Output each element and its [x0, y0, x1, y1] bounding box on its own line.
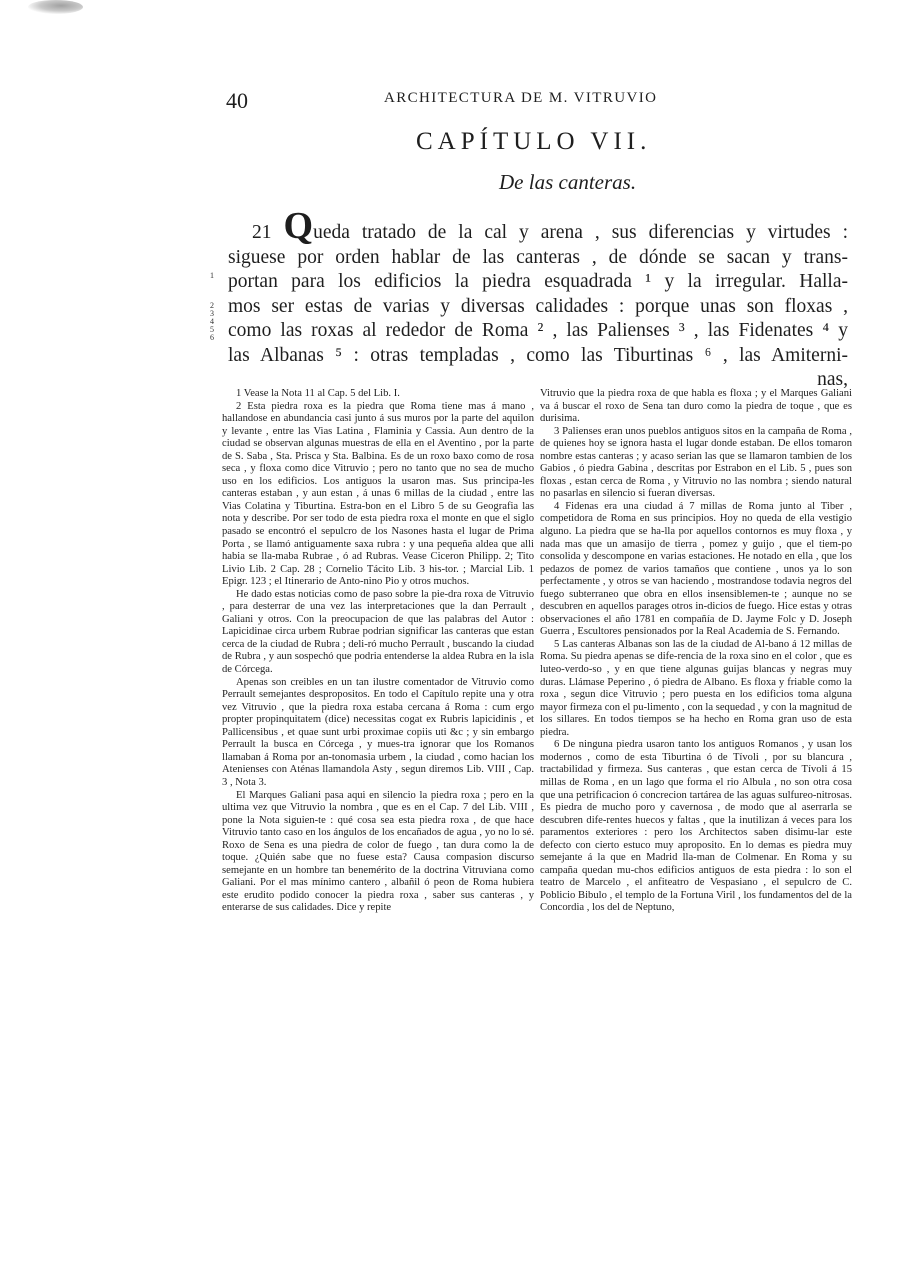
footnote: 1 Vease la Nota 11 al Cap. 5 del Lib. I. — [222, 388, 534, 401]
main-text-line: portan para los edificios la piedra esqu… — [228, 270, 848, 295]
main-text-line: las Albanas ⁵ : otras templadas , como l… — [228, 344, 848, 369]
main-text-line: mos ser estas de varias y diversas calid… — [228, 295, 848, 320]
footnote: 6 De ninguna piedra usaron tanto los ant… — [540, 739, 852, 915]
footnote: El Marques Galiani pasa aqui en silencio… — [222, 790, 534, 915]
footnotes-left-column: 1 Vease la Nota 11 al Cap. 5 del Lib. I.… — [222, 388, 534, 915]
running-head: ARCHITECTURA DE M. VITRUVIO — [384, 90, 657, 107]
footnote: Apenas son creibles en un tan ilustre co… — [222, 677, 534, 790]
drop-cap: Q — [284, 205, 314, 247]
footnote: 4 Fidenas era una ciudad á 7 millas de R… — [540, 501, 852, 639]
footnote: 2 Esta piedra roxa es la piedra que Roma… — [222, 401, 534, 589]
margin-note: 1 — [206, 272, 218, 280]
chapter-title: CAPÍTULO VII. — [416, 128, 651, 156]
main-text-line: siguese por orden hablar de las canteras… — [228, 246, 848, 271]
footnotes-right-column: Vitruvio que la piedra roxa de que habla… — [540, 388, 852, 915]
footnote: 5 Las canteras Albanas son las de la ciu… — [540, 639, 852, 739]
chapter-subtitle: De las canteras. — [499, 170, 636, 195]
main-text: 21Queda tratado de la cal y arena , sus … — [228, 216, 848, 393]
main-text-line: 21Queda tratado de la cal y arena , sus … — [228, 216, 848, 246]
paragraph-number: 21 — [252, 222, 272, 243]
main-text-line: como las roxas al rededor de Roma ² , la… — [228, 319, 848, 344]
footnote-continuation: Vitruvio que la piedra roxa de que habla… — [540, 388, 852, 426]
page-number: 40 — [226, 88, 248, 114]
scan-smudge — [28, 0, 83, 14]
main-text-line-content: ueda tratado de la cal y arena , sus dif… — [313, 222, 848, 243]
margin-note: 6 — [206, 334, 218, 342]
footnote: 3 Palienses eran unos pueblos antiguos s… — [540, 426, 852, 501]
footnote: He dado estas noticias como de paso sobr… — [222, 589, 534, 677]
